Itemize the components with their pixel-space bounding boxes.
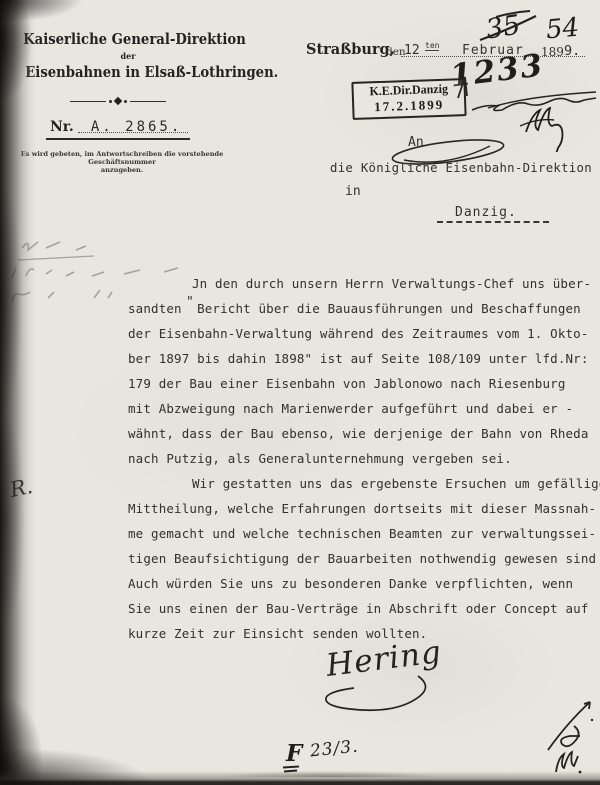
address-city-underline [437, 221, 549, 223]
scan-edge-bottom [0, 771, 600, 785]
body-line: wähnt, dass der Bau ebenso, wie derjenig… [128, 421, 598, 446]
body-line: Wir gestatten uns das ergebenste Ersuche… [128, 471, 598, 496]
letter-body: Jn den durch unsern Herrn Verwaltungs-Ch… [128, 271, 598, 646]
scan-edge-left [0, 0, 36, 785]
dateline-day-suffix: ten [425, 41, 439, 51]
body-line: Mittheilung, welche Erfahrungen dortseit… [128, 496, 598, 521]
address-in: in [345, 184, 361, 199]
body-line: tigen Beaufsichtigung der Bauarbeiten no… [128, 546, 598, 571]
file-number-dotted-line [78, 132, 188, 133]
ornament-line-right [130, 101, 166, 102]
ornament-line-left [70, 101, 106, 102]
registry-fraction: 23/3. [309, 737, 359, 762]
received-date-stamp: K.E.Dir.Danzig 17.2.1899 [351, 78, 466, 120]
dateline-year-digit: 9. [564, 43, 580, 59]
body-line: me gemacht und welche technischen Beamte… [128, 521, 598, 546]
body-line: Auch würden Sie uns zu besonderen Danke … [128, 571, 598, 596]
strike-through-scribble [478, 8, 548, 48]
ornament-dot-left [109, 100, 112, 103]
body-line: ber 1897 bis dahin 1898" ist auf Seite 1… [128, 346, 598, 371]
body-line: der Eisenbahn-Verwaltung während des Zei… [128, 321, 598, 346]
body-line: 179 der Bau einer Eisenbahn von Jablonow… [128, 371, 598, 396]
paraph-initials-scribble [536, 692, 598, 780]
dateline-den: den [386, 46, 406, 58]
inserted-quotation-mark: " [186, 295, 194, 310]
dateline-day: 12 [404, 43, 420, 58]
body-line: kurze Zeit zur Einsicht senden wollten. [128, 621, 598, 646]
address-city: Danzig. [455, 205, 517, 220]
handwritten-corner-number: 54 [545, 13, 581, 46]
ornament-dot-right [124, 100, 127, 103]
signature-flourish [322, 672, 452, 716]
dateline-city: Straßburg, [306, 41, 395, 58]
body-line: sandten Bericht über die Bauausführungen… [128, 296, 598, 321]
body-line: Jn den durch unsern Herrn Verwaltungs-Ch… [128, 271, 598, 296]
ornament-diamond [114, 97, 122, 105]
letterhead-divider-ornament [70, 98, 166, 104]
body-line: nach Putzig, als Generalunternehmung ver… [128, 446, 598, 471]
scanned-letter-page: Kaiserliche General-Direktion der Eisenb… [0, 0, 600, 785]
body-line: Sie uns einen der Bau-Verträge in Abschr… [128, 596, 598, 621]
scan-corner-top-left [0, 0, 120, 34]
address-recipient: die Königliche Eisenbahn-Direktion [330, 161, 592, 175]
body-line: mit Abzweigung nach Marienwerder aufgefü… [128, 396, 598, 421]
